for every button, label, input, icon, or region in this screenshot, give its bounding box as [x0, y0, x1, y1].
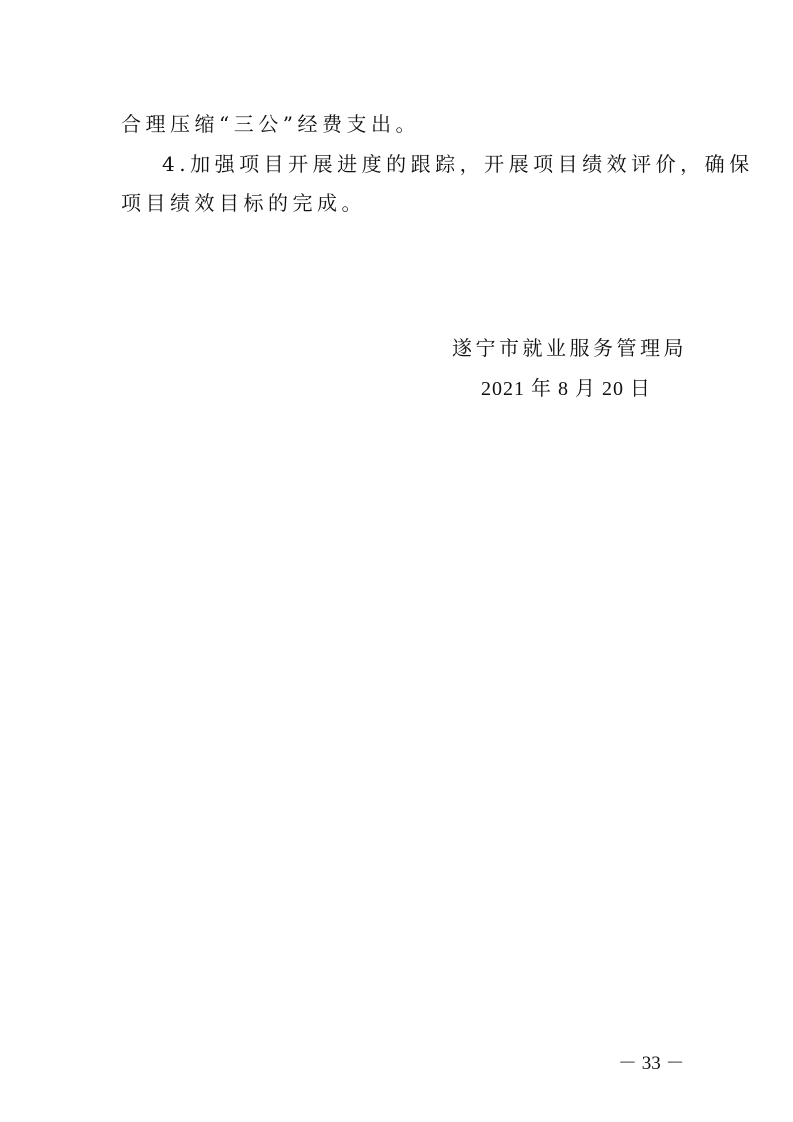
signature-organization: 遂宁市就业服务管理局 [452, 332, 687, 361]
date-year: 2021 [481, 378, 525, 400]
page-number: － 33 － [618, 1048, 685, 1075]
date-month: 8 [558, 378, 569, 400]
paragraph-line: 项目绩效目标的完成。 [121, 187, 366, 216]
date-year-unit: 年 [531, 376, 552, 400]
date-month-unit: 月 [575, 376, 596, 400]
date-day-unit: 日 [630, 376, 651, 400]
signature-date: 2021年8月20日 [481, 372, 657, 401]
paragraph-line: 4.加强项目开展进度的跟踪，开展项目绩效评价，确保 [162, 148, 754, 177]
date-day: 20 [602, 378, 624, 400]
paragraph-line: 合理压缩“三公”经费支出。 [121, 108, 420, 137]
